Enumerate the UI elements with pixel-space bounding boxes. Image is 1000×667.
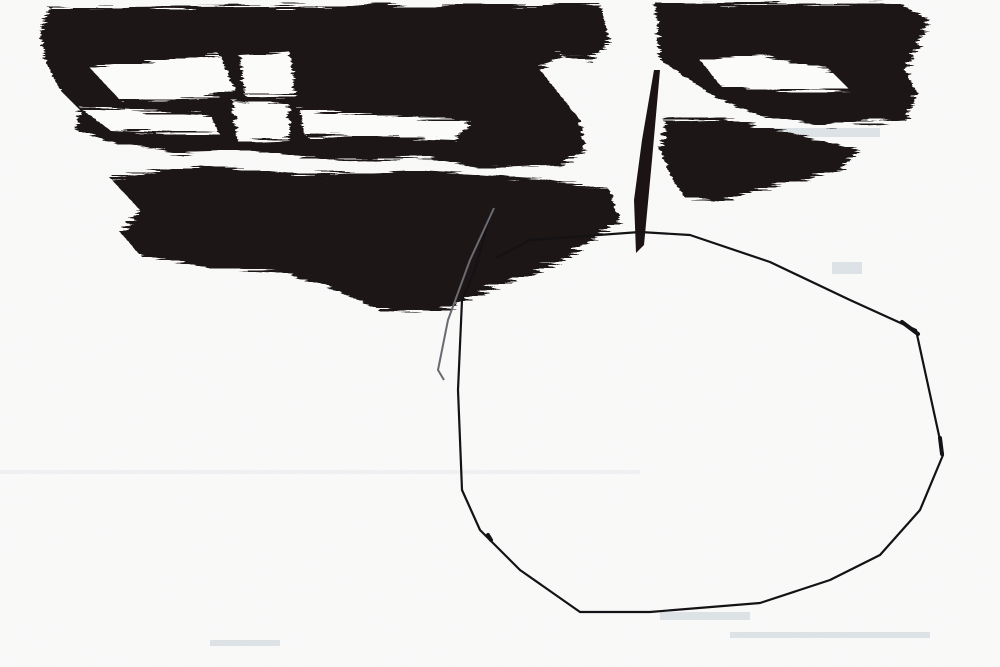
abstract-painting (0, 0, 1000, 667)
